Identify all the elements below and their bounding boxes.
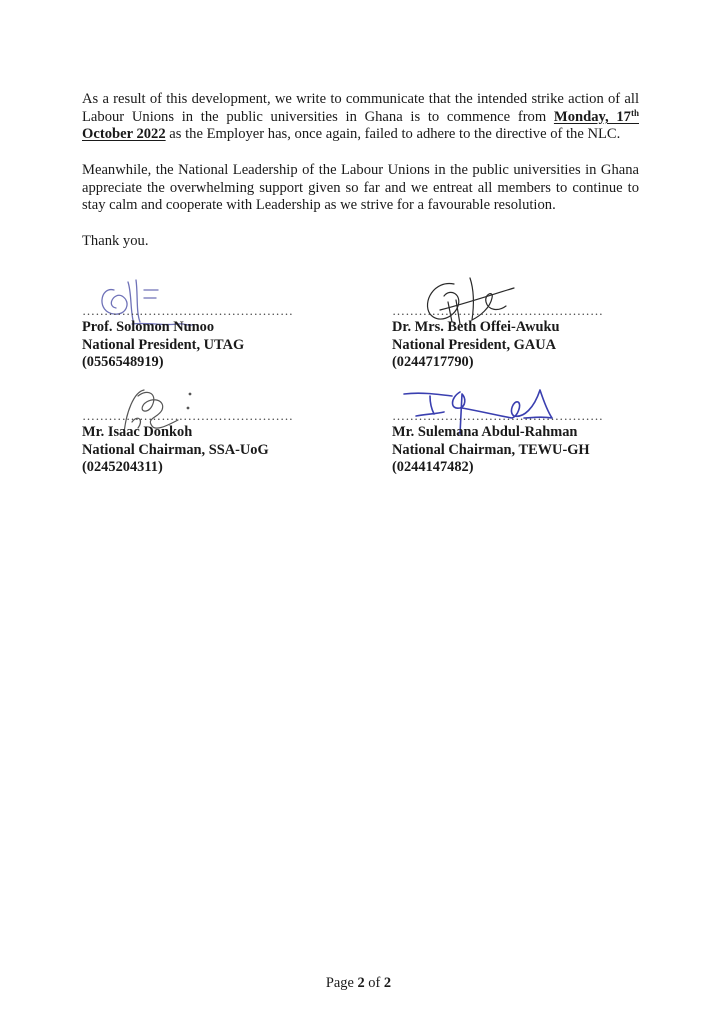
paragraph-text: as the Employer has, once again, failed …	[166, 126, 621, 142]
date-ordinal: th	[631, 108, 639, 118]
signatory-phone: (0244717790)	[392, 354, 632, 372]
date-day: Monday, 17	[554, 109, 631, 125]
signatory-name: Mr. Sulemana Abdul-Rahman	[392, 424, 632, 442]
signature-line: …………………………………………	[392, 407, 632, 424]
signatory-phone: (0556548919)	[82, 354, 322, 372]
signature-line: …………………………………………	[392, 302, 632, 319]
document-page: As a result of this development, we writ…	[0, 0, 717, 1024]
signatory-title: National President, UTAG	[82, 337, 322, 355]
signatory-title: National Chairman, TEWU-GH	[392, 442, 632, 460]
signatory-phone: (0244147482)	[392, 459, 632, 477]
paragraph-appreciation: Meanwhile, the National Leadership of th…	[82, 162, 639, 215]
signatory-block-ssa-uog: ………………………………………… Mr. Isaac Donkoh Nation…	[82, 407, 322, 477]
signatory-title: National Chairman, SSA-UoG	[82, 442, 322, 460]
current-page-number: 2	[357, 975, 364, 991]
signature-line: …………………………………………	[82, 302, 322, 319]
page-label: Page	[326, 975, 354, 991]
signatory-name: Dr. Mrs. Beth Offei-Awuku	[392, 319, 632, 337]
signatory-block-gaua: ………………………………………… Dr. Mrs. Beth Offei-Awu…	[392, 302, 632, 372]
signatory-block-tewu-gh: ………………………………………… Mr. Sulemana Abdul-Rahm…	[392, 407, 632, 477]
signatory-name: Mr. Isaac Donkoh	[82, 424, 322, 442]
page-number-footer: Page 2 of 2	[0, 975, 717, 992]
signatory-block-utag: ………………………………………… Prof. Solomon Nunoo Nat…	[82, 302, 322, 372]
signatory-title: National President, GAUA	[392, 337, 632, 355]
signatory-phone: (0245204311)	[82, 459, 322, 477]
total-pages-number: 2	[384, 975, 391, 991]
signature-line: …………………………………………	[82, 407, 322, 424]
paragraph-strike-announcement: As a result of this development, we writ…	[82, 91, 639, 144]
signatory-name: Prof. Solomon Nunoo	[82, 319, 322, 337]
date-month-year: October 2022	[82, 126, 166, 142]
closing-thanks: Thank you.	[82, 233, 639, 251]
of-label: of	[368, 975, 380, 991]
